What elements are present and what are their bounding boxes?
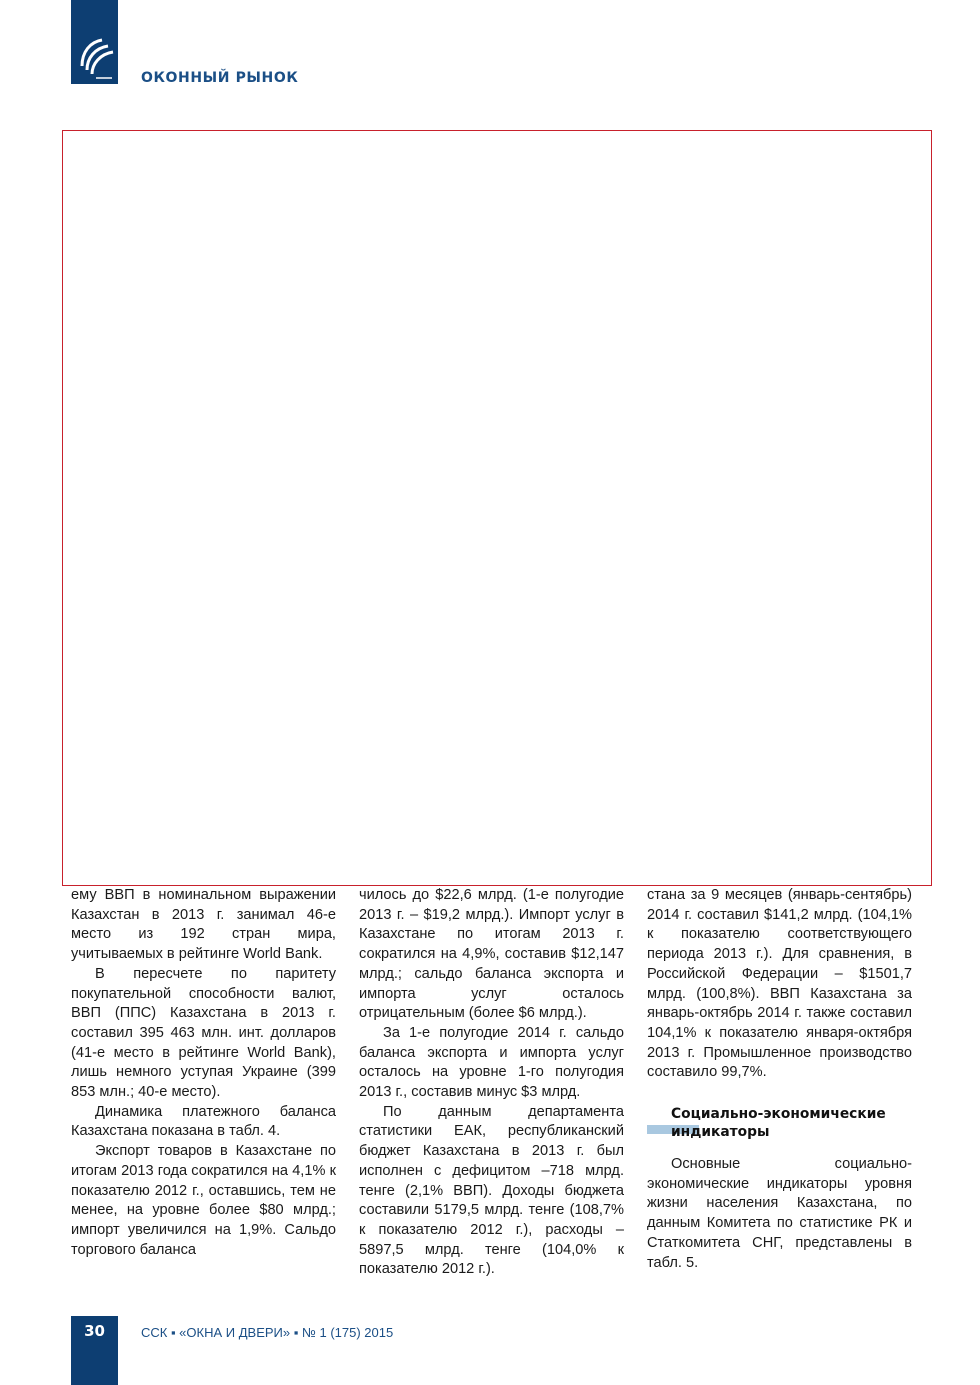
subheading-text: Социально-экономические индикаторы [671, 1106, 886, 1140]
section-title: ОКОННЫЙ РЫНОК [141, 70, 298, 86]
text-column-3: стана за 9 месяцев (январь-сентябрь) 201… [647, 886, 912, 1273]
paragraph: чилось до $22,6 млрд. (1-е полугодие 201… [359, 886, 624, 1024]
figure-placeholder-frame [62, 130, 932, 886]
paragraph: Экспорт товаров в Казахстане по итогам 2… [71, 1142, 336, 1260]
text-column-2: чилось до $22,6 млрд. (1-е полугодие 201… [359, 886, 624, 1280]
paragraph: По данным департамента статистики ЕАК, р… [359, 1103, 624, 1280]
page-number: 30 [71, 1322, 118, 1340]
paragraph: Основные социально-экономические индикат… [647, 1155, 912, 1273]
subheading: Социально-экономические индикаторы [647, 1105, 912, 1141]
paragraph: Динамика платежного баланса Казахстана п… [71, 1103, 336, 1142]
paragraph: ему ВВП в номинальном выражении Казахста… [71, 886, 336, 965]
paragraph: В пересчете по паритету покупательной сп… [71, 965, 336, 1103]
footer-publication: ССК ▪ «ОКНА И ДВЕРИ» ▪ № 1 (175) 2015 [141, 1325, 393, 1340]
text-column-1: ему ВВП в номинальном выражении Казахста… [71, 886, 336, 1260]
paragraph: За 1-е полугодие 2014 г. сальдо баланса … [359, 1024, 624, 1103]
paragraph: стана за 9 месяцев (январь-сентябрь) 201… [647, 886, 912, 1083]
arched-lines-logo-icon [78, 36, 114, 80]
